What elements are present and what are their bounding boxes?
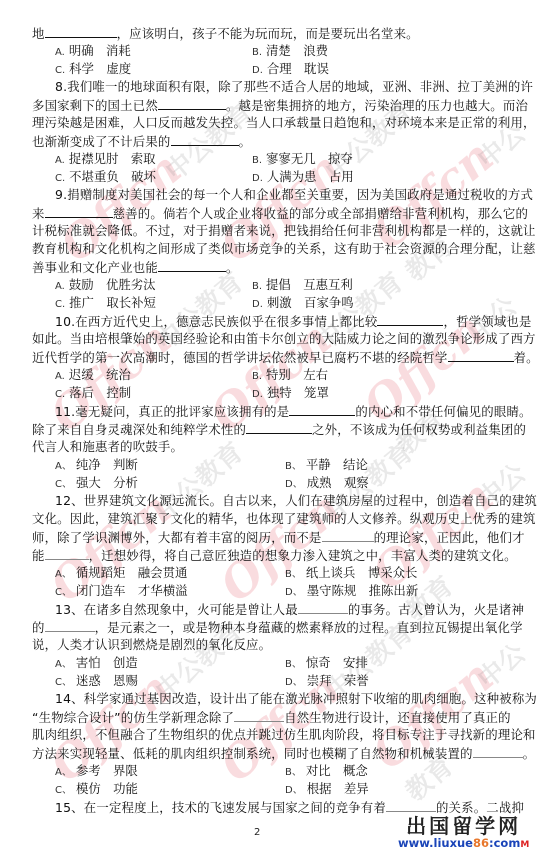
- site-logo-url[interactable]: www.liuxue86:comM: [398, 837, 529, 852]
- question-9-line-3: 计税标准就会降低。不过，对于捐赠者来说，把钱捐给任何非营利机构都是一样的，这就让: [32, 223, 522, 239]
- option-c[interactable]: C.落后 控制: [55, 385, 131, 403]
- question-14-line-2: “生物综合设计”的仿生学新理念除了自然生物进行设计，还直接使用了真正的: [32, 709, 522, 726]
- option-a[interactable]: A、参考 界限: [55, 763, 138, 781]
- option-c[interactable]: C.科学 虚度: [55, 61, 131, 79]
- option-d[interactable]: D、成熟 观察: [285, 475, 369, 493]
- site-logo-name: 出国留学网: [398, 815, 529, 837]
- question-11-line-1: 11.毫无疑问，真正的批评家应该拥有的是的内心和不带任何偏见的眼睛。: [55, 403, 522, 420]
- question-8-line-1: 8.我们唯一的地球面积有限，除了那些不适合人居的地域，亚洲、非洲、拉丁美洲的许: [55, 79, 522, 95]
- question-13-line-3: 说，人类才认识到燃烧是剧烈的氧化反应。: [32, 637, 522, 653]
- option-b[interactable]: B.寥寥无几 掠夺: [252, 151, 353, 169]
- question-14-line-3: 肌肉组织，不但融合了生物组织的优点并跳过仿生肌肉阶段，将目标专注于寻找新的理论和: [32, 727, 522, 743]
- option-a[interactable]: A.鼓励 优胜劣汰: [55, 277, 156, 295]
- option-a[interactable]: A.捉襟见肘 索取: [55, 151, 156, 169]
- question-14-line-4: 方法来实现轻量、低耗的肌肉组织控制系统，同时也模糊了自然物和机械装置的。: [32, 745, 522, 762]
- option-d[interactable]: D.独特 笼罩: [252, 385, 329, 403]
- question-10-line-1: 10.在西方近代史上，德意志民族似乎在很多事情上都比较，哲学领域也是: [55, 313, 522, 330]
- question-8-line-4: 也渐渐变成了不计后果的。: [32, 133, 522, 150]
- option-b[interactable]: B.特别 左右: [252, 367, 328, 385]
- option-c[interactable]: C、闭门造车 才华横溢: [55, 583, 188, 601]
- option-a[interactable]: A.迟缓 统治: [55, 367, 131, 385]
- question-13-line-2: 的，是元素之一，或是物种本身蕴藏的燃素释放的过程。直到拉瓦锡提出氧化学: [32, 619, 522, 636]
- question-11-line-2: 除了来自自身灵魂深处和纯粹学术性的之外，不该成为任何权势或利益集团的: [32, 421, 522, 438]
- option-c[interactable]: C.推广 取长补短: [55, 295, 156, 313]
- option-c[interactable]: C.不堪重负 破坏: [55, 169, 156, 187]
- question-7-line-1: 地，应该明白，孩子不能为玩而玩，而是要玩出名堂来。: [32, 25, 522, 42]
- option-b[interactable]: B、对比 概念: [285, 763, 368, 781]
- option-c[interactable]: C、模仿 功能: [55, 781, 138, 799]
- question-12-line-4: 能，迁想妙得，将自己意匠独造的想象力渗入建筑之中，丰富人类的建筑文化。: [32, 547, 522, 564]
- option-a[interactable]: A、纯净 判断: [55, 457, 138, 475]
- option-b[interactable]: B、纸上谈兵 博采众长: [285, 565, 417, 583]
- option-b[interactable]: B、平静 结论: [285, 457, 368, 475]
- option-d[interactable]: D、墨守陈规 推陈出新: [285, 583, 418, 601]
- question-9-line-5: 善事业和文化产业也能。: [32, 259, 522, 276]
- option-c[interactable]: C、迷惑 恩赐: [55, 673, 138, 691]
- question-10-line-2: 如此。当由培根肇始的英国经验论和由笛卡尔创立的大陆威力论之间的激烈争论形成了西方: [32, 331, 522, 347]
- question-9-line-4: 教育机构和文化机构之间形成了类似市场竞争的关系，这有助于社会资源的合理分配，让慈: [32, 241, 522, 257]
- question-8-line-2: 多国家剩下的国土已然。越是密集拥挤的地方，污染治理的压力也越大。而治: [32, 97, 522, 114]
- option-d[interactable]: D、根据 差异: [285, 781, 369, 799]
- option-b[interactable]: B.清楚 浪费: [252, 43, 328, 61]
- question-11-line-3: 代言人和施惠者的吹鼓手。: [32, 439, 522, 455]
- question-12-line-1: 12、世界建筑文化源远流长。自古以来，人们在建筑房屋的过程中，创造着自己的建筑: [55, 493, 522, 509]
- question-12-line-2: 文化。因此，建筑汇聚了文化的精华，也体现了建筑师的人文修养。纵观历史上优秀的建筑: [32, 511, 522, 527]
- option-d[interactable]: D.刺激 百家争鸣: [252, 295, 354, 313]
- document-page: Offcn中公教育 Offcn中公教育 Offcn中公教育 Offcn中公教育 …: [0, 0, 550, 854]
- option-b[interactable]: B、惊奇 安排: [285, 655, 368, 673]
- question-10-line-3: 近代哲学的第一次高潮时，德国的哲学讲坛依然被早已腐朽不堪的经院哲学着。: [32, 349, 522, 366]
- question-14-line-1: 14、科学家通过基因改造，设计出了能在激光脉冲照射下收缩的肌肉细胞。这种被称为: [55, 691, 522, 707]
- question-13-line-1: 13、在诸多自然现象中，火可能是曾让人最的事务。古人曾认为，火是诸神: [55, 601, 522, 618]
- question-12-line-3: 师，除了学识渊博外，大都有着丰富的阅历，而不是的理论家，正因此，他们才: [32, 529, 522, 546]
- option-a[interactable]: A.明确 消耗: [55, 43, 131, 61]
- option-d[interactable]: D.合理 耽误: [252, 61, 329, 79]
- option-a[interactable]: A、循规蹈矩 融会贯通: [55, 565, 187, 583]
- question-9-line-1: 9.捐赠制度对美国社会的每一个人和企业都至关重要，因为美国政府是通过税收的方式: [55, 187, 522, 203]
- option-d[interactable]: D、崇拜 荣誉: [285, 673, 369, 691]
- question-9-line-2: 来慈善的。倘若个人或企业将收益的部分或全部捐赠给非营利机构，那么它的: [32, 205, 522, 222]
- question-8-line-3: 理污染越是困难，人口反而越发失控。当人口承载量日趋饱和，对环境本来是正常的利用，: [32, 115, 522, 131]
- option-a[interactable]: A、害怕 创造: [55, 655, 138, 673]
- page-number: 2: [254, 827, 260, 838]
- option-c[interactable]: C、强大 分析: [55, 475, 138, 493]
- option-b[interactable]: B.提倡 互惠互利: [252, 277, 353, 295]
- option-d[interactable]: D.人满为患 占用: [252, 169, 354, 187]
- site-logo[interactable]: 出国留学网 www.liuxue86:comM: [398, 815, 529, 852]
